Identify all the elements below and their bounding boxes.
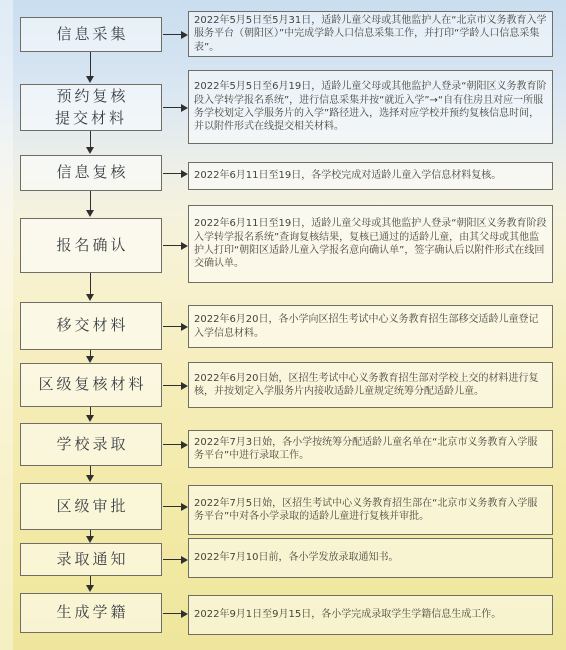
step-box-school-admission: 学校录取 <box>20 423 162 466</box>
down-arrow-6 <box>90 407 91 416</box>
down-arrow-1 <box>90 52 91 77</box>
desc-box-registration-confirmation: 2022年6月11日至19日，适龄儿童父母或其他监护人登录“朝阳区义务教育阶段入… <box>188 205 553 283</box>
desc-box-school-admission: 2022年7月3日始，各小学按统筹分配适龄儿童名单在“北京市义务教育入学服务平台… <box>188 430 553 468</box>
step-label: 录取通知 <box>53 549 128 571</box>
step-label: 报名确认 <box>53 235 128 257</box>
desc-text: 2022年7月5日始，区招生考试中心义务教育招生部在“北京市义务教育入学服务平台… <box>194 497 547 524</box>
step-label: 信息复核 <box>53 162 128 184</box>
step-box-appointment-review: 预约复核 提交材料 <box>20 84 162 131</box>
desc-text: 2022年6月11日至19日，适龄儿童父母或其他监护人登录“朝阳区义务教育阶段入… <box>194 217 547 271</box>
desc-text: 2022年5月5日至6月19日，适龄儿童父母或其他监护人登录“朝阳区义务教育阶段… <box>194 80 547 134</box>
step-box-registration-confirmation: 报名确认 <box>20 218 162 273</box>
desc-box-admission-notice: 2022年7月10日前，各小学发放录取通知书。 <box>188 538 553 578</box>
down-arrow-4 <box>90 273 91 295</box>
down-arrow-9 <box>90 576 91 586</box>
step-label: 移交材料 <box>53 315 128 337</box>
desc-text: 2022年5月5日至5月31日，适龄儿童父母或其他监护人在“北京市义务教育入学服… <box>194 14 547 54</box>
right-arrow-7 <box>163 444 181 445</box>
step-box-admission-notice: 录取通知 <box>20 543 162 576</box>
desc-box-district-review-materials: 2022年6月20日始，区招生考试中心义务教育招生部对学校上交的材料进行复核，并… <box>188 362 553 408</box>
step-box-info-collection: 信息采集 <box>20 17 162 52</box>
step-box-transfer-materials: 移交材料 <box>20 302 162 350</box>
desc-text: 2022年7月10日前，各小学发放录取通知书。 <box>194 551 399 564</box>
step-label: 区级审批 <box>53 496 128 518</box>
desc-box-info-review: 2022年6月11日至19日，各学校完成对适龄儿童入学信息材料复核。 <box>188 162 553 190</box>
down-arrow-7 <box>90 466 91 476</box>
step-box-district-approval: 区级审批 <box>20 483 162 530</box>
desc-text: 2022年6月11日至19日，各学校完成对适龄儿童入学信息材料复核。 <box>194 169 501 182</box>
right-arrow-4 <box>163 245 181 246</box>
right-arrow-6 <box>163 385 181 386</box>
right-arrow-9 <box>163 559 181 560</box>
down-arrow-8 <box>90 530 91 537</box>
desc-text: 2022年9月1日至9月15日，各小学完成录取学生学籍信息生成工作。 <box>194 608 501 621</box>
desc-box-transfer-materials: 2022年6月20日，各小学向区招生考试中心义务教育招生部移交适龄儿童登记入学信… <box>188 305 553 348</box>
step-box-info-review: 信息复核 <box>20 155 162 191</box>
page-left-margin <box>0 0 13 650</box>
desc-text: 2022年7月3日始，各小学按统筹分配适龄儿童名单在“北京市义务教育入学服务平台… <box>194 436 547 463</box>
step-label: 区级复核材料 <box>35 374 146 396</box>
step-box-generate-student-record: 生成学籍 <box>20 593 162 633</box>
down-arrow-5 <box>90 350 91 357</box>
step-label: 学校录取 <box>53 434 128 456</box>
right-arrow-1 <box>163 34 181 35</box>
desc-box-generate-student-record: 2022年9月1日至9月15日，各小学完成录取学生学籍信息生成工作。 <box>188 595 553 635</box>
step-label: 生成学籍 <box>53 602 128 624</box>
down-arrow-3 <box>90 191 91 211</box>
right-arrow-3 <box>163 173 181 174</box>
step-label: 预约复核 提交材料 <box>53 86 128 130</box>
right-arrow-10 <box>163 613 181 614</box>
enrollment-flowchart: 信息采集 2022年5月5日至5月31日，适龄儿童父母或其他监护人在“北京市义务… <box>0 0 566 650</box>
step-label: 信息采集 <box>53 24 128 46</box>
desc-box-district-approval: 2022年7月5日始，区招生考试中心义务教育招生部在“北京市义务教育入学服务平台… <box>188 485 553 535</box>
right-arrow-5 <box>163 326 181 327</box>
desc-text: 2022年6月20日始，区招生考试中心义务教育招生部对学校上交的材料进行复核，并… <box>194 372 547 399</box>
desc-text: 2022年6月20日，各小学向区招生考试中心义务教育招生部移交适龄儿童登记入学信… <box>194 313 547 340</box>
right-arrow-8 <box>163 506 181 507</box>
desc-box-info-collection: 2022年5月5日至5月31日，适龄儿童父母或其他监护人在“北京市义务教育入学服… <box>188 11 553 57</box>
down-arrow-2 <box>90 131 91 148</box>
step-box-district-review-materials: 区级复核材料 <box>20 363 162 407</box>
right-arrow-2 <box>163 107 181 108</box>
desc-box-appointment-review: 2022年5月5日至6月19日，适龄儿童父母或其他监护人登录“朝阳区义务教育阶段… <box>188 70 553 144</box>
